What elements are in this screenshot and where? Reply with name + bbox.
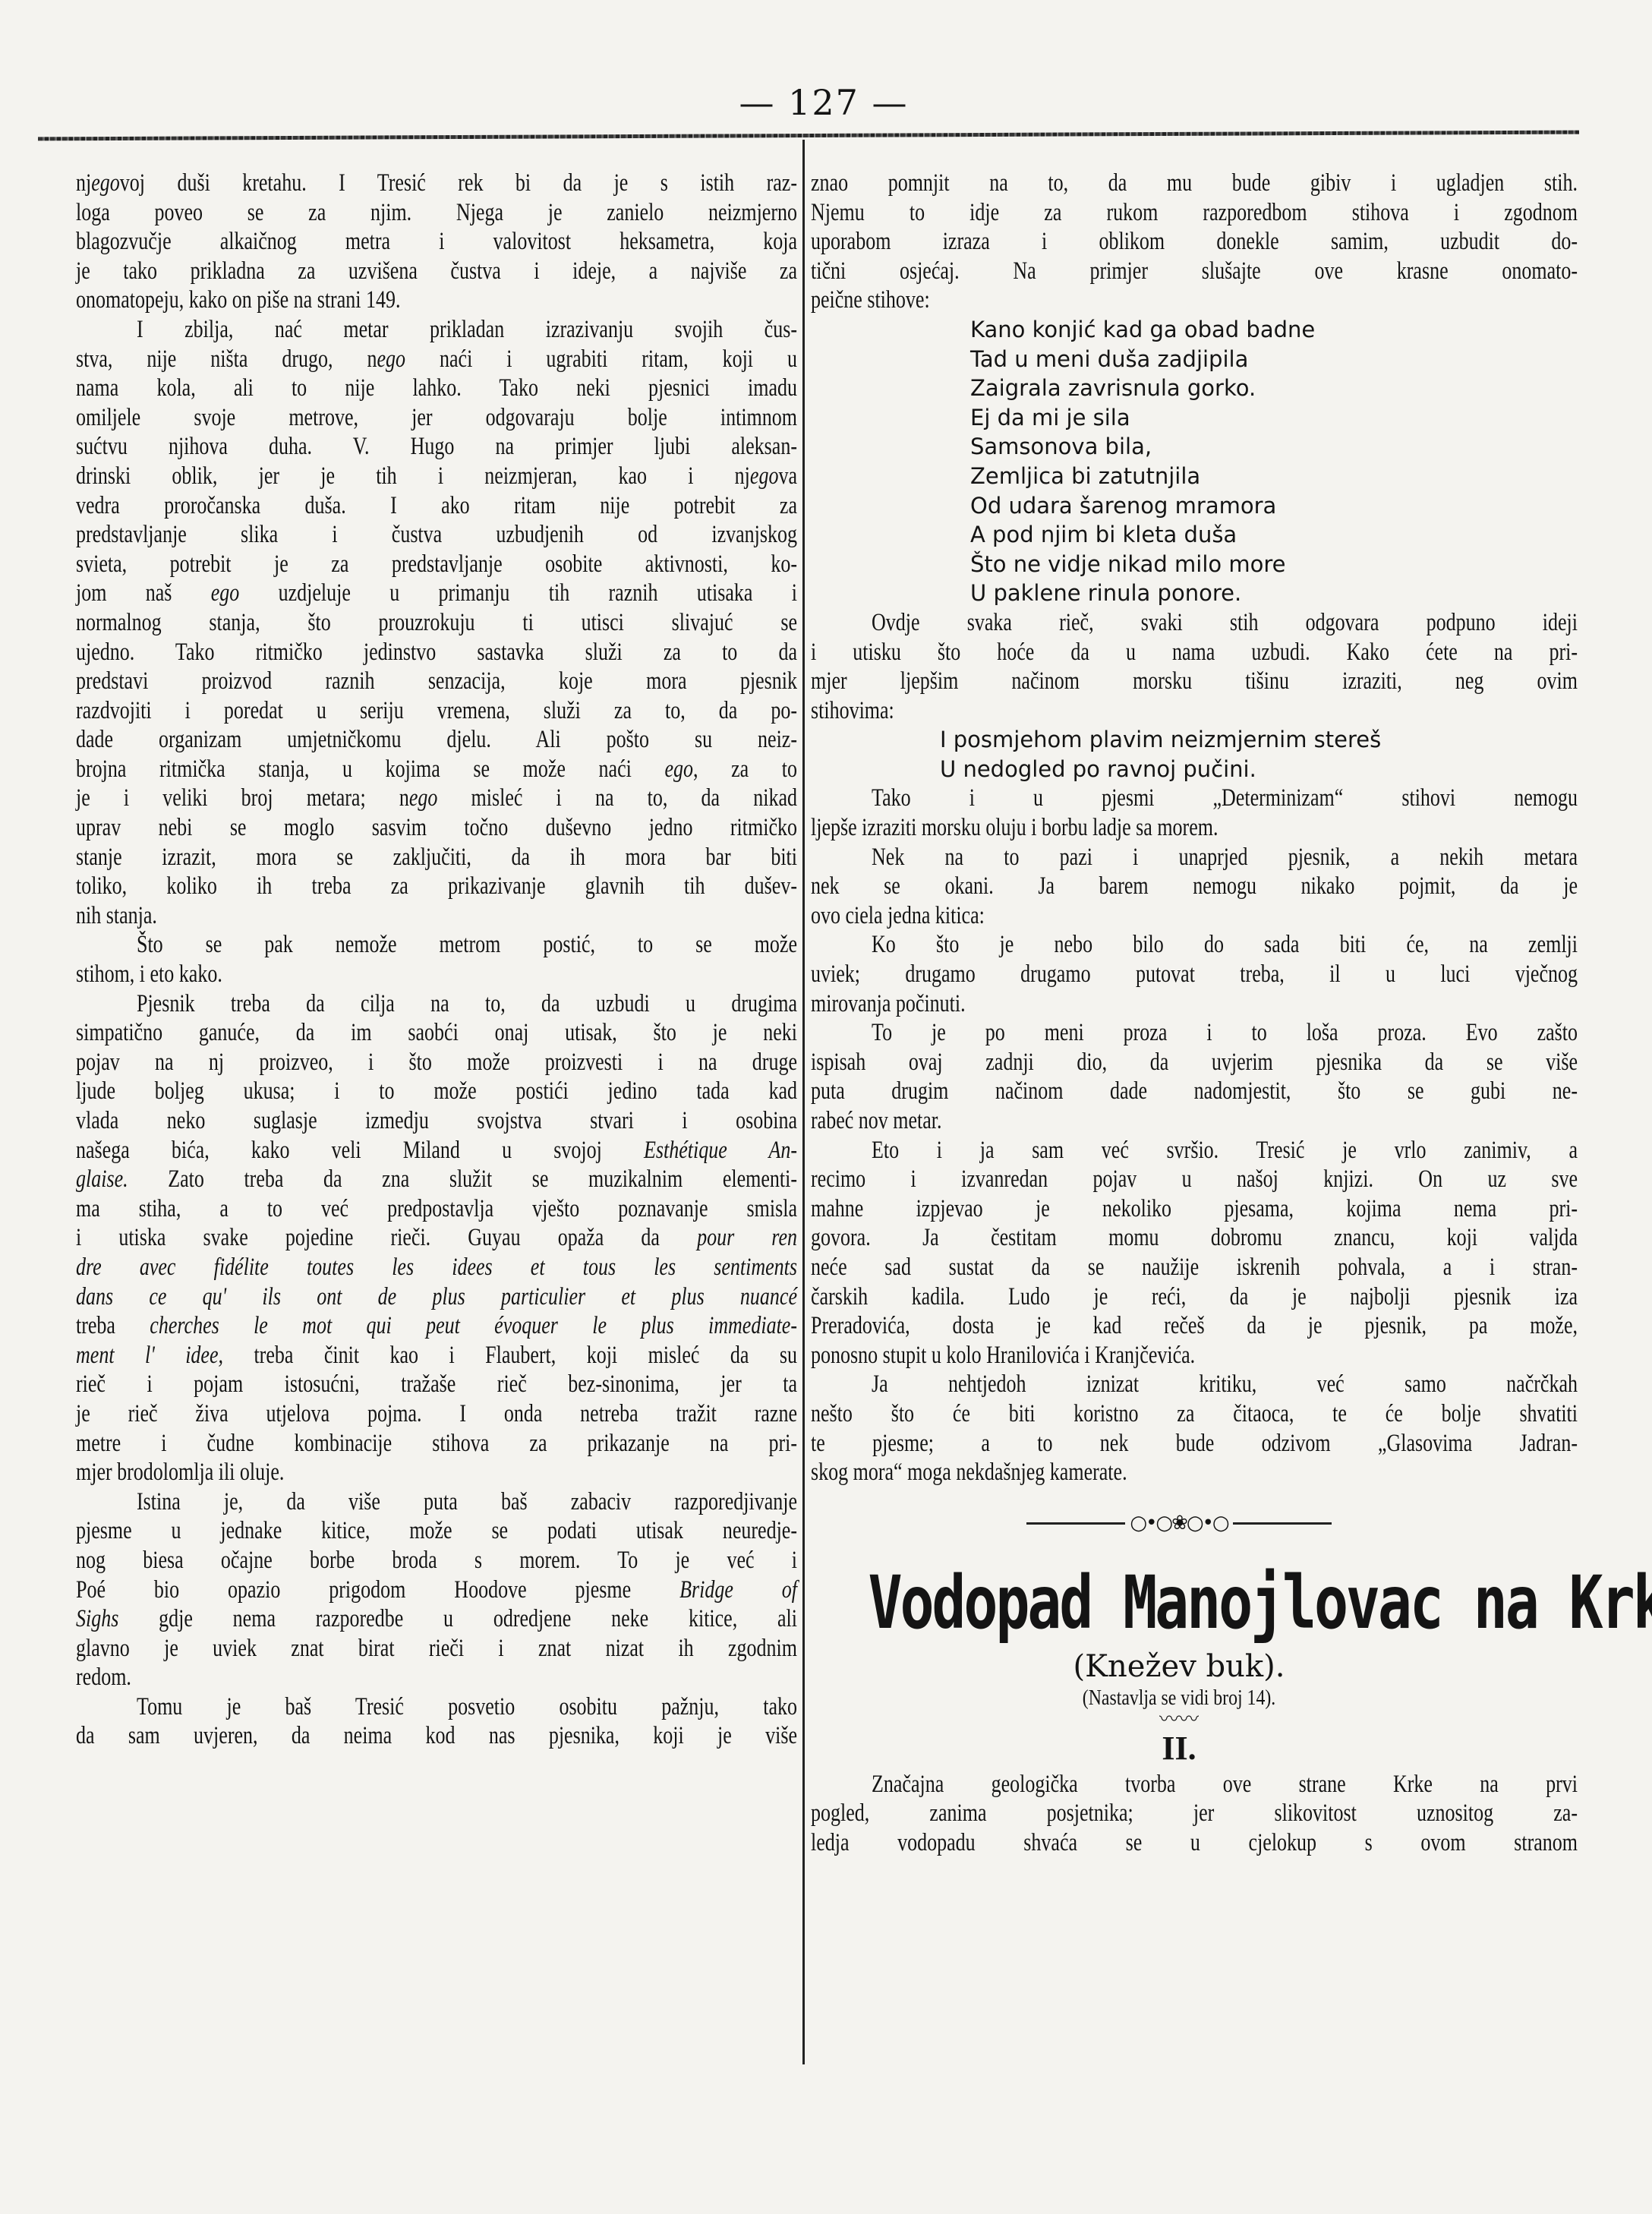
text-line: predstavljanje slika i čustva uzbudjenih… (76, 520, 797, 550)
text-line: čarskih kadila. Ludo je reći, da je najb… (811, 1282, 1578, 1312)
paragraph-quoted-prose: Ko što je nebo bilo do sada biti će, na … (811, 930, 1578, 1018)
text-line: rieč i pojam istosućni, tražaše rieč bez… (76, 1370, 797, 1399)
text-line: metre i čudne kombinacije stihova za pri… (76, 1429, 797, 1459)
right-column: znao pomnjit na to, da mu bude gibiv i u… (811, 169, 1578, 1858)
text-line: znao pomnjit na to, da mu bude gibiv i u… (811, 169, 1578, 198)
text-line: To je po meni proza i to loša proza. Evo… (811, 1018, 1578, 1048)
text-line: toliko, koliko ih treba za prikazivanje … (76, 872, 797, 901)
text-line: stva, nije ništa drugo, nego naći i ugra… (76, 345, 797, 374)
text-line: dre avec fidélite toutes les idees et to… (76, 1253, 797, 1282)
text-line: mahne izpjevao je nekoliko pjesama, koji… (811, 1194, 1578, 1224)
text-line: Tako i u pjesmi „Determinizam“ stihovi n… (811, 784, 1578, 813)
text-line: mjer brodolomlja ili oluje. (76, 1458, 797, 1487)
text-line: pojav na nj proizveo, i što može proizve… (76, 1048, 797, 1077)
verse-line: Tad u meni duša zadjipila (811, 345, 1578, 374)
text-line: uprav nebi se moglo sasvim točno duševno… (76, 813, 797, 843)
text-line: nama kola, ali to nije lahko. Tako neki … (76, 374, 797, 403)
text-line: Istina je, da više puta baš zabaciv razp… (76, 1487, 797, 1517)
text-line: ledja vodopadu shvaća se u cjelokup s ov… (811, 1828, 1578, 1858)
text-line: ment l' idee, treba činit kao i Flaubert… (76, 1341, 797, 1370)
left-column: njegovoj duši kretahu. I Tresić rek bi d… (76, 169, 797, 1751)
text-line: skog mora“ moga nekdašnjeg kamerate. (811, 1458, 1578, 1487)
text-line: glaise. Zato treba da zna služit se muzi… (76, 1165, 797, 1194)
text-line: ispisah ovaj zadnji dio, da uvjerim pjes… (811, 1048, 1578, 1077)
paragraph-conclusion: Eto i ja sam već svršio. Tresić je vrlo … (811, 1136, 1578, 1370)
text-line: redom. (76, 1663, 797, 1692)
paragraph-commentary: Ovdje svaka rieč, svaki stih odgovara po… (811, 608, 1578, 725)
verse-line: U paklene rinula ponore. (811, 579, 1578, 608)
paragraph-closing: Ja nehtjedoh iznizat kritiku, već samo n… (811, 1370, 1578, 1487)
text-line: ljude boljeg ukusa; i to može postići je… (76, 1077, 797, 1106)
text-line: rabeć nov metar. (811, 1106, 1578, 1136)
verse-line: U nedogled po ravnoj pučini. (811, 755, 1578, 784)
text-line: stanje izrazit, mora se zaključiti, da i… (76, 843, 797, 872)
text-line: vlada neko suglasje izmedju svojstva stv… (76, 1106, 797, 1136)
text-line: puta drugim načinom dade nadomjestit, št… (811, 1077, 1578, 1106)
text-line: Ja nehtjedoh iznizat kritiku, već samo n… (811, 1370, 1578, 1399)
text-line: ujedno. Tako ritmičko jedinstvo sastavka… (76, 638, 797, 667)
text-line: peične stihove: (811, 285, 1578, 315)
text-line: Značajna geologička tvorba ove strane Kr… (811, 1770, 1578, 1799)
verse-line: Kano konjić kad ga obad badne (811, 315, 1578, 345)
text-line: neće sad sustat da se naužije iskrenih p… (811, 1253, 1578, 1282)
ornament-rule-right (1233, 1522, 1332, 1525)
article-title: Vodopad Manojlovac na Krki. (869, 1557, 1490, 1648)
text-line: recimo i izvanredan pojav u našoj knjizi… (811, 1165, 1578, 1194)
text-line: brojna ritmička stanja, u kojima se može… (76, 755, 797, 784)
text-line: je rieč živa utjelova pojma. I onda netr… (76, 1399, 797, 1429)
text-line: jom naš ego uzdjeluje u primanju tih raz… (76, 579, 797, 608)
text-line: loga poveo se za njim. Njega je zanielo … (76, 198, 797, 228)
paragraph-determinizam: Tako i u pjesmi „Determinizam“ stihovi n… (811, 784, 1578, 842)
text-line: i utiska svake pojedine rieči. Guyau opa… (76, 1223, 797, 1253)
verse-line: Zemljica bi zatutnjila (811, 462, 1578, 491)
text-line: nih stanja. (76, 901, 797, 931)
text-line: stihovima: (811, 696, 1578, 726)
section-ornament: ○•○❀○•○ (780, 1501, 1578, 1547)
text-line: nog biesa očajne borbe broda s morem. To… (76, 1546, 797, 1575)
text-line: mirovanja počinuti. (811, 989, 1578, 1019)
text-line: te pjesme; a to nek bude odzivom „Glasov… (811, 1429, 1578, 1459)
text-line: uviek; drugamo drugamo putovat treba, il… (811, 960, 1578, 989)
text-line: Što se pak nemože metrom postić, to se m… (76, 930, 797, 960)
text-line: nešto što će biti koristno za čitaoca, t… (811, 1399, 1578, 1429)
squiggle-divider: 〰〰 (780, 1712, 1578, 1727)
verse-line: Ej da mi je sila (811, 403, 1578, 433)
text-line: blagozvučje alkaičnog metra i valovitost… (76, 227, 797, 257)
text-line: je i veliki broj metara; nego misleć i n… (76, 784, 797, 813)
ornament-rule-left (1026, 1522, 1125, 1525)
text-line: ovo ciela jedna kitica: (811, 901, 1578, 931)
text-line: sućtvu njihova duha. V. Hugo na primjer … (76, 432, 797, 462)
text-line: i utisku što hoće da u nama uzbudi. Kako… (811, 638, 1578, 667)
verse-example-1: Kano konjić kad ga obad badneTad u meni … (811, 315, 1578, 608)
paragraph-intro: znao pomnjit na to, da mu bude gibiv i u… (811, 169, 1578, 315)
article-subtitle: (Knežev buk). (780, 1648, 1578, 1685)
text-line: Sighs gdje nema razporedbe u odredjene n… (76, 1604, 797, 1634)
text-line: drinski oblik, jer je tih i neizmjeran, … (76, 462, 797, 491)
text-line: Eto i ja sam već svršio. Tresić je vrlo … (811, 1136, 1578, 1165)
text-line: ponosno stupit u kolo Hranilovića i Kran… (811, 1341, 1578, 1370)
text-line: normalnog stanja, što prouzrokuju ti uti… (76, 608, 797, 638)
text-line: mjer ljepšim načinom morsku tišinu izraz… (811, 667, 1578, 696)
text-line: uporabom izraza i oblikom donekle samim,… (811, 227, 1578, 257)
text-line: našega bića, kako veli Miland u svojoj E… (76, 1136, 797, 1165)
text-line: da sam uvjeren, da neima kod nas pjesnik… (76, 1721, 797, 1751)
text-line: ma stiha, a to već predpostavlja vješto … (76, 1194, 797, 1224)
text-line: onomatopeju, kako on piše na strani 149. (76, 285, 797, 315)
text-line: predstavi proizvod raznih senzacija, koj… (76, 667, 797, 696)
text-line: razdvojiti i poredat u seriju vremena, s… (76, 696, 797, 726)
text-line: tični osjećaj. Na primjer slušajte ove k… (811, 257, 1578, 286)
text-line: dans ce qu' ils ont de plus particulier … (76, 1282, 797, 1312)
verse-line: Samsonova bila, (811, 432, 1578, 462)
article-body: Značajna geologička tvorba ove strane Kr… (811, 1770, 1578, 1858)
text-line: pjesme u jednake kitice, može se podati … (76, 1516, 797, 1546)
paragraph-critique: Nek na to pazi i unaprjed pjesnik, a nek… (811, 843, 1578, 931)
paragraph-prose-verdict: To je po meni proza i to loša proza. Evo… (811, 1018, 1578, 1135)
verse-example-2: I posmjehom plavim neizmjernim sterešU n… (811, 725, 1578, 784)
text-line: dade organizam umjetničkomu djelu. Ali p… (76, 725, 797, 755)
text-line: Pjesnik treba da cilja na to, da uzbudi … (76, 989, 797, 1019)
text-line: stihom, i eto kako. (76, 960, 797, 989)
text-line: nek se okani. Ja barem nemogu nikako poj… (811, 872, 1578, 901)
text-line: simpatično ganuće, da im saobći onaj uti… (76, 1018, 797, 1048)
verse-line: Što ne vidje nikad milo more (811, 550, 1578, 579)
verse-line: Od udara šarenog mramora (811, 491, 1578, 521)
text-line: Tomu je baš Tresić posvetio osobitu pažn… (76, 1692, 797, 1722)
text-line: svieta, potrebit je za predstavljanje os… (76, 550, 797, 579)
text-line: njegovoj duši kretahu. I Tresić rek bi d… (76, 169, 797, 198)
page-number: — 127 — (729, 82, 919, 123)
text-line: govora. Ja čestitam momu dobromu znancu,… (811, 1223, 1578, 1253)
text-line: Preradovića, dosta je kad rečeš da je pj… (811, 1311, 1578, 1341)
text-line: ljepše izraziti morsku oluju i borbu lad… (811, 813, 1578, 843)
verse-line: A pod njim bi kleta duša (811, 520, 1578, 550)
text-line: Poé bio opazio prigodom Hoodove pjesme B… (76, 1575, 797, 1605)
text-line: Njemu to idje za rukom razporedbom stiho… (811, 198, 1578, 228)
header-rule (38, 131, 1579, 141)
text-line: Nek na to pazi i unaprjed pjesnik, a nek… (811, 843, 1578, 872)
text-line: glavno je uviek znat birat rieči i znat … (76, 1634, 797, 1664)
verse-line: I posmjehom plavim neizmjernim stereš (811, 725, 1578, 755)
text-line: Ko što je nebo bilo do sada biti će, na … (811, 930, 1578, 960)
text-line: pogled, zanima posjetnika; jer slikovito… (811, 1799, 1578, 1828)
text-line: Ovdje svaka rieč, svaki stih odgovara po… (811, 608, 1578, 638)
text-line: treba cherches le mot qui peut évoquer l… (76, 1311, 797, 1341)
verse-line: Zaigrala zavrisnula gorko. (811, 374, 1578, 403)
article-continuation-note: (Nastavlja se vidi broj 14). (840, 1685, 1518, 1712)
text-line: vedra proročanska duša. I ako ritam nije… (76, 491, 797, 521)
text-line: omiljele svoje metrove, jer odgovaraju b… (76, 403, 797, 433)
column-divider (802, 140, 805, 2064)
section-number: II. (780, 1727, 1578, 1770)
text-line: je tako prikladna za uzvišena čustva i i… (76, 257, 797, 286)
ornament-knot-icon: ○•○❀○•○ (1125, 1509, 1232, 1538)
text-line: I zbilja, nać metar prikladan izrazivanj… (76, 315, 797, 345)
